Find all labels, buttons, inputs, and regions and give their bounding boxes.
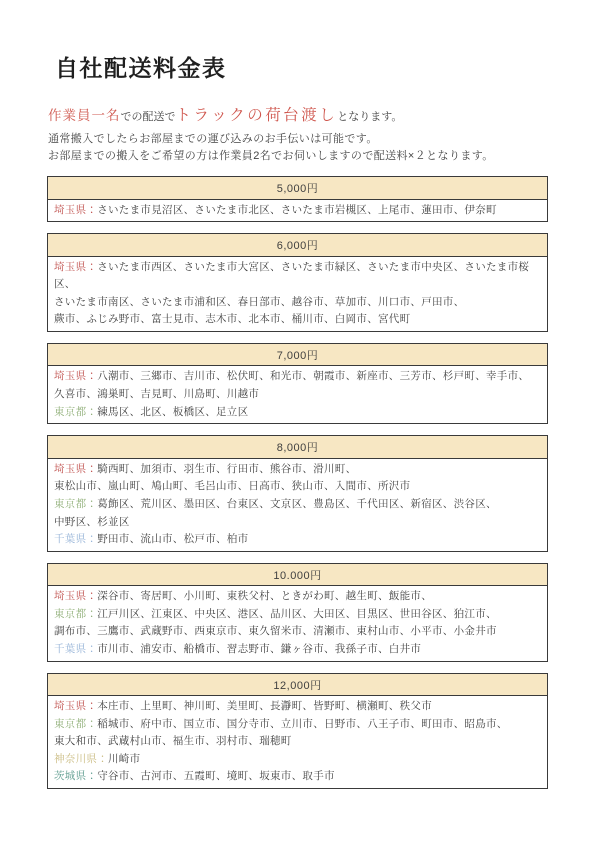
prefecture-label: 埼玉県： [54,463,97,475]
prefecture-label: 埼玉県： [54,370,97,382]
region-row: 神奈川県：川崎市 [54,751,541,769]
price-label: 5,000円 [277,183,319,195]
region-row: 埼玉県：さいたま市見沼区、さいたま市北区、さいたま市岩槻区、上尾市、蓮田市、伊奈… [54,202,541,220]
region-row: 千葉県：市川市、浦安市、船橋市、習志野市、鎌ヶ谷市、我孫子市、白井市 [54,641,541,659]
intro-accent-truck: トラックの荷台渡し [176,107,338,124]
price-body: 埼玉県：さいたま市見沼区、さいたま市北区、さいたま市岩槻区、上尾市、蓮田市、伊奈… [48,200,547,222]
price-body: 埼玉県：騎西町、加須市、羽生市、行田市、熊谷市、滑川町、 東松山市、嵐山町、鳩山… [48,459,547,551]
delivery-price-sheet: 自社配送料金表 作業員一名での配送でトラックの荷台渡しとなります。 通常搬入でし… [0,0,595,789]
city-list: 野田市、流山市、松戸市、柏市 [97,533,248,545]
region-row: 東京都：練馬区、北区、板橋区、足立区 [54,404,541,422]
prefecture-label: 千葉県： [54,533,97,545]
price-table-10000: 10.000円 埼玉県：深谷市、寄居町、小川町、東秩父村、ときがわ町、越生町、飯… [47,563,548,662]
price-table-5000: 5,000円 埼玉県：さいたま市見沼区、さいたま市北区、さいたま市岩槻区、上尾市… [47,176,548,222]
city-list: 守谷市、古河市、五霞町、境町、坂東市、取手市 [97,770,335,782]
city-list: 稲城市、府中市、国立市、国分寺市、立川市、日野市、八王子市、町田市、昭島市、 [97,718,507,730]
price-label: 8,000円 [277,442,319,454]
city-list-continued: 東大和市、武蔵村山市、福生市、羽村市、瑞穂町 [54,733,541,751]
intro-block: 作業員一名での配送でトラックの荷台渡しとなります。 通常搬入でしたらお部屋までの… [48,103,548,165]
region-row: 東京都：江戸川区、江東区、中央区、港区、品川区、大田区、目黒区、世田谷区、狛江市… [54,606,541,624]
price-label: 12,000円 [273,680,321,692]
price-header: 6,000円 [48,234,547,257]
city-list: 川崎市 [108,753,140,765]
city-list: 市川市、浦安市、船橋市、習志野市、鎌ヶ谷市、我孫子市、白井市 [97,643,421,655]
prefecture-label: 茨城県： [54,770,97,782]
city-list-continued: 東松山市、嵐山町、鳩山町、毛呂山市、日高市、狭山市、入間市、所沢市 [54,478,541,496]
city-list: 深谷市、寄居町、小川町、東秩父村、ときがわ町、越生町、飯能市、 [97,590,432,602]
prefecture-label: 埼玉県： [54,590,97,602]
price-body: 埼玉県：さいたま市西区、さいたま市大宮区、さいたま市緑区、さいたま市中央区、さい… [48,257,547,331]
price-label: 7,000円 [277,350,319,362]
prefecture-label: 埼玉県： [54,204,97,216]
city-list-continued: 久喜市、鴻巣町、吉見町、川島町、川越市 [54,386,541,404]
price-body: 埼玉県：八潮市、三郷市、吉川市、松伏町、和光市、朝霞市、新座市、三芳市、杉戸町、… [48,366,547,423]
intro-accent-staff: 作業員一名 [48,108,121,123]
prefecture-label: 埼玉県： [54,261,97,273]
city-list: 練馬区、北区、板橋区、足立区 [97,406,248,418]
region-row: 東京都：葛飾区、荒川区、墨田区、台東区、文京区、豊島区、千代田区、新宿区、渋谷区… [54,496,541,514]
city-list: さいたま市西区、さいたま市大宮区、さいたま市緑区、さいたま市中央区、さいたま市桜… [54,261,529,291]
price-body: 埼玉県：本庄市、上里町、神川町、美里町、長瀞町、皆野町、横瀬町、秩父市 東京都：… [48,696,547,788]
region-row: 埼玉県：本庄市、上里町、神川町、美里町、長瀞町、皆野町、横瀬町、秩父市 [54,698,541,716]
prefecture-label: 埼玉県： [54,700,97,712]
prefecture-label: 東京都： [54,608,97,620]
intro-text-2: となります。 [337,111,402,123]
prefecture-label: 東京都： [54,406,97,418]
price-header: 5,000円 [48,177,547,200]
page-title: 自社配送料金表 [55,50,548,83]
price-label: 6,000円 [277,240,319,252]
city-list: 八潮市、三郷市、吉川市、松伏町、和光市、朝霞市、新座市、三芳市、杉戸町、幸手市、 [97,370,529,382]
city-list-continued: 蕨市、ふじみ野市、富士見市、志木市、北本市、桶川市、白岡市、宮代町 [54,311,541,329]
city-list: 葛飾区、荒川区、墨田区、台東区、文京区、豊島区、千代田区、新宿区、渋谷区、 [97,498,497,510]
region-row: 千葉県：野田市、流山市、松戸市、柏市 [54,531,541,549]
price-table-12000: 12,000円 埼玉県：本庄市、上里町、神川町、美里町、長瀞町、皆野町、横瀬町、… [47,673,548,789]
city-list: さいたま市見沼区、さいたま市北区、さいたま市岩槻区、上尾市、蓮田市、伊奈町 [97,204,497,216]
price-header: 8,000円 [48,436,547,459]
price-header: 12,000円 [48,674,547,697]
city-list: 本庄市、上里町、神川町、美里町、長瀞町、皆野町、横瀬町、秩父市 [97,700,432,712]
prefecture-label: 神奈川県： [54,753,108,765]
city-list: 騎西町、加須市、羽生市、行田市、熊谷市、滑川町、 [97,463,356,475]
price-header: 7,000円 [48,344,547,367]
intro-line-1: 作業員一名での配送でトラックの荷台渡しとなります。 [48,103,548,125]
region-row: 茨城県：守谷市、古河市、五霞町、境町、坂東市、取手市 [54,768,541,786]
intro-line-2: 通常搬入でしたらお部屋までの運び込みのお手伝いは可能です。 [48,131,548,148]
city-list-continued: 調布市、三鷹市、武蔵野市、西東京市、東久留米市、清瀬市、東村山市、小平市、小金井… [54,623,541,641]
region-row: 埼玉県：騎西町、加須市、羽生市、行田市、熊谷市、滑川町、 [54,461,541,479]
city-list: 江戸川区、江東区、中央区、港区、品川区、大田区、目黒区、世田谷区、狛江市、 [97,608,497,620]
city-list-continued: さいたま市南区、さいたま市浦和区、春日部市、越谷市、草加市、川口市、戸田市、 [54,294,541,312]
prefecture-label: 千葉県： [54,643,97,655]
region-row: 東京都：稲城市、府中市、国立市、国分寺市、立川市、日野市、八王子市、町田市、昭島… [54,716,541,734]
intro-text-1: での配送で [121,111,176,123]
prefecture-label: 東京都： [54,498,97,510]
prefecture-label: 東京都： [54,718,97,730]
price-body: 埼玉県：深谷市、寄居町、小川町、東秩父村、ときがわ町、越生町、飯能市、 東京都：… [48,586,547,660]
city-list-continued: 中野区、杉並区 [54,514,541,532]
price-label: 10.000円 [273,570,321,582]
intro-line-3: お部屋までの搬入をご希望の方は作業員2名でお伺いしますので配送料×２となります。 [48,148,548,165]
region-row: 埼玉県：さいたま市西区、さいたま市大宮区、さいたま市緑区、さいたま市中央区、さい… [54,259,541,294]
region-row: 埼玉県：八潮市、三郷市、吉川市、松伏町、和光市、朝霞市、新座市、三芳市、杉戸町、… [54,368,541,386]
price-table-6000: 6,000円 埼玉県：さいたま市西区、さいたま市大宮区、さいたま市緑区、さいたま… [47,233,548,332]
price-header: 10.000円 [48,564,547,587]
region-row: 埼玉県：深谷市、寄居町、小川町、東秩父村、ときがわ町、越生町、飯能市、 [54,588,541,606]
price-table-7000: 7,000円 埼玉県：八潮市、三郷市、吉川市、松伏町、和光市、朝霞市、新座市、三… [47,343,548,424]
price-table-8000: 8,000円 埼玉県：騎西町、加須市、羽生市、行田市、熊谷市、滑川町、 東松山市… [47,435,548,551]
